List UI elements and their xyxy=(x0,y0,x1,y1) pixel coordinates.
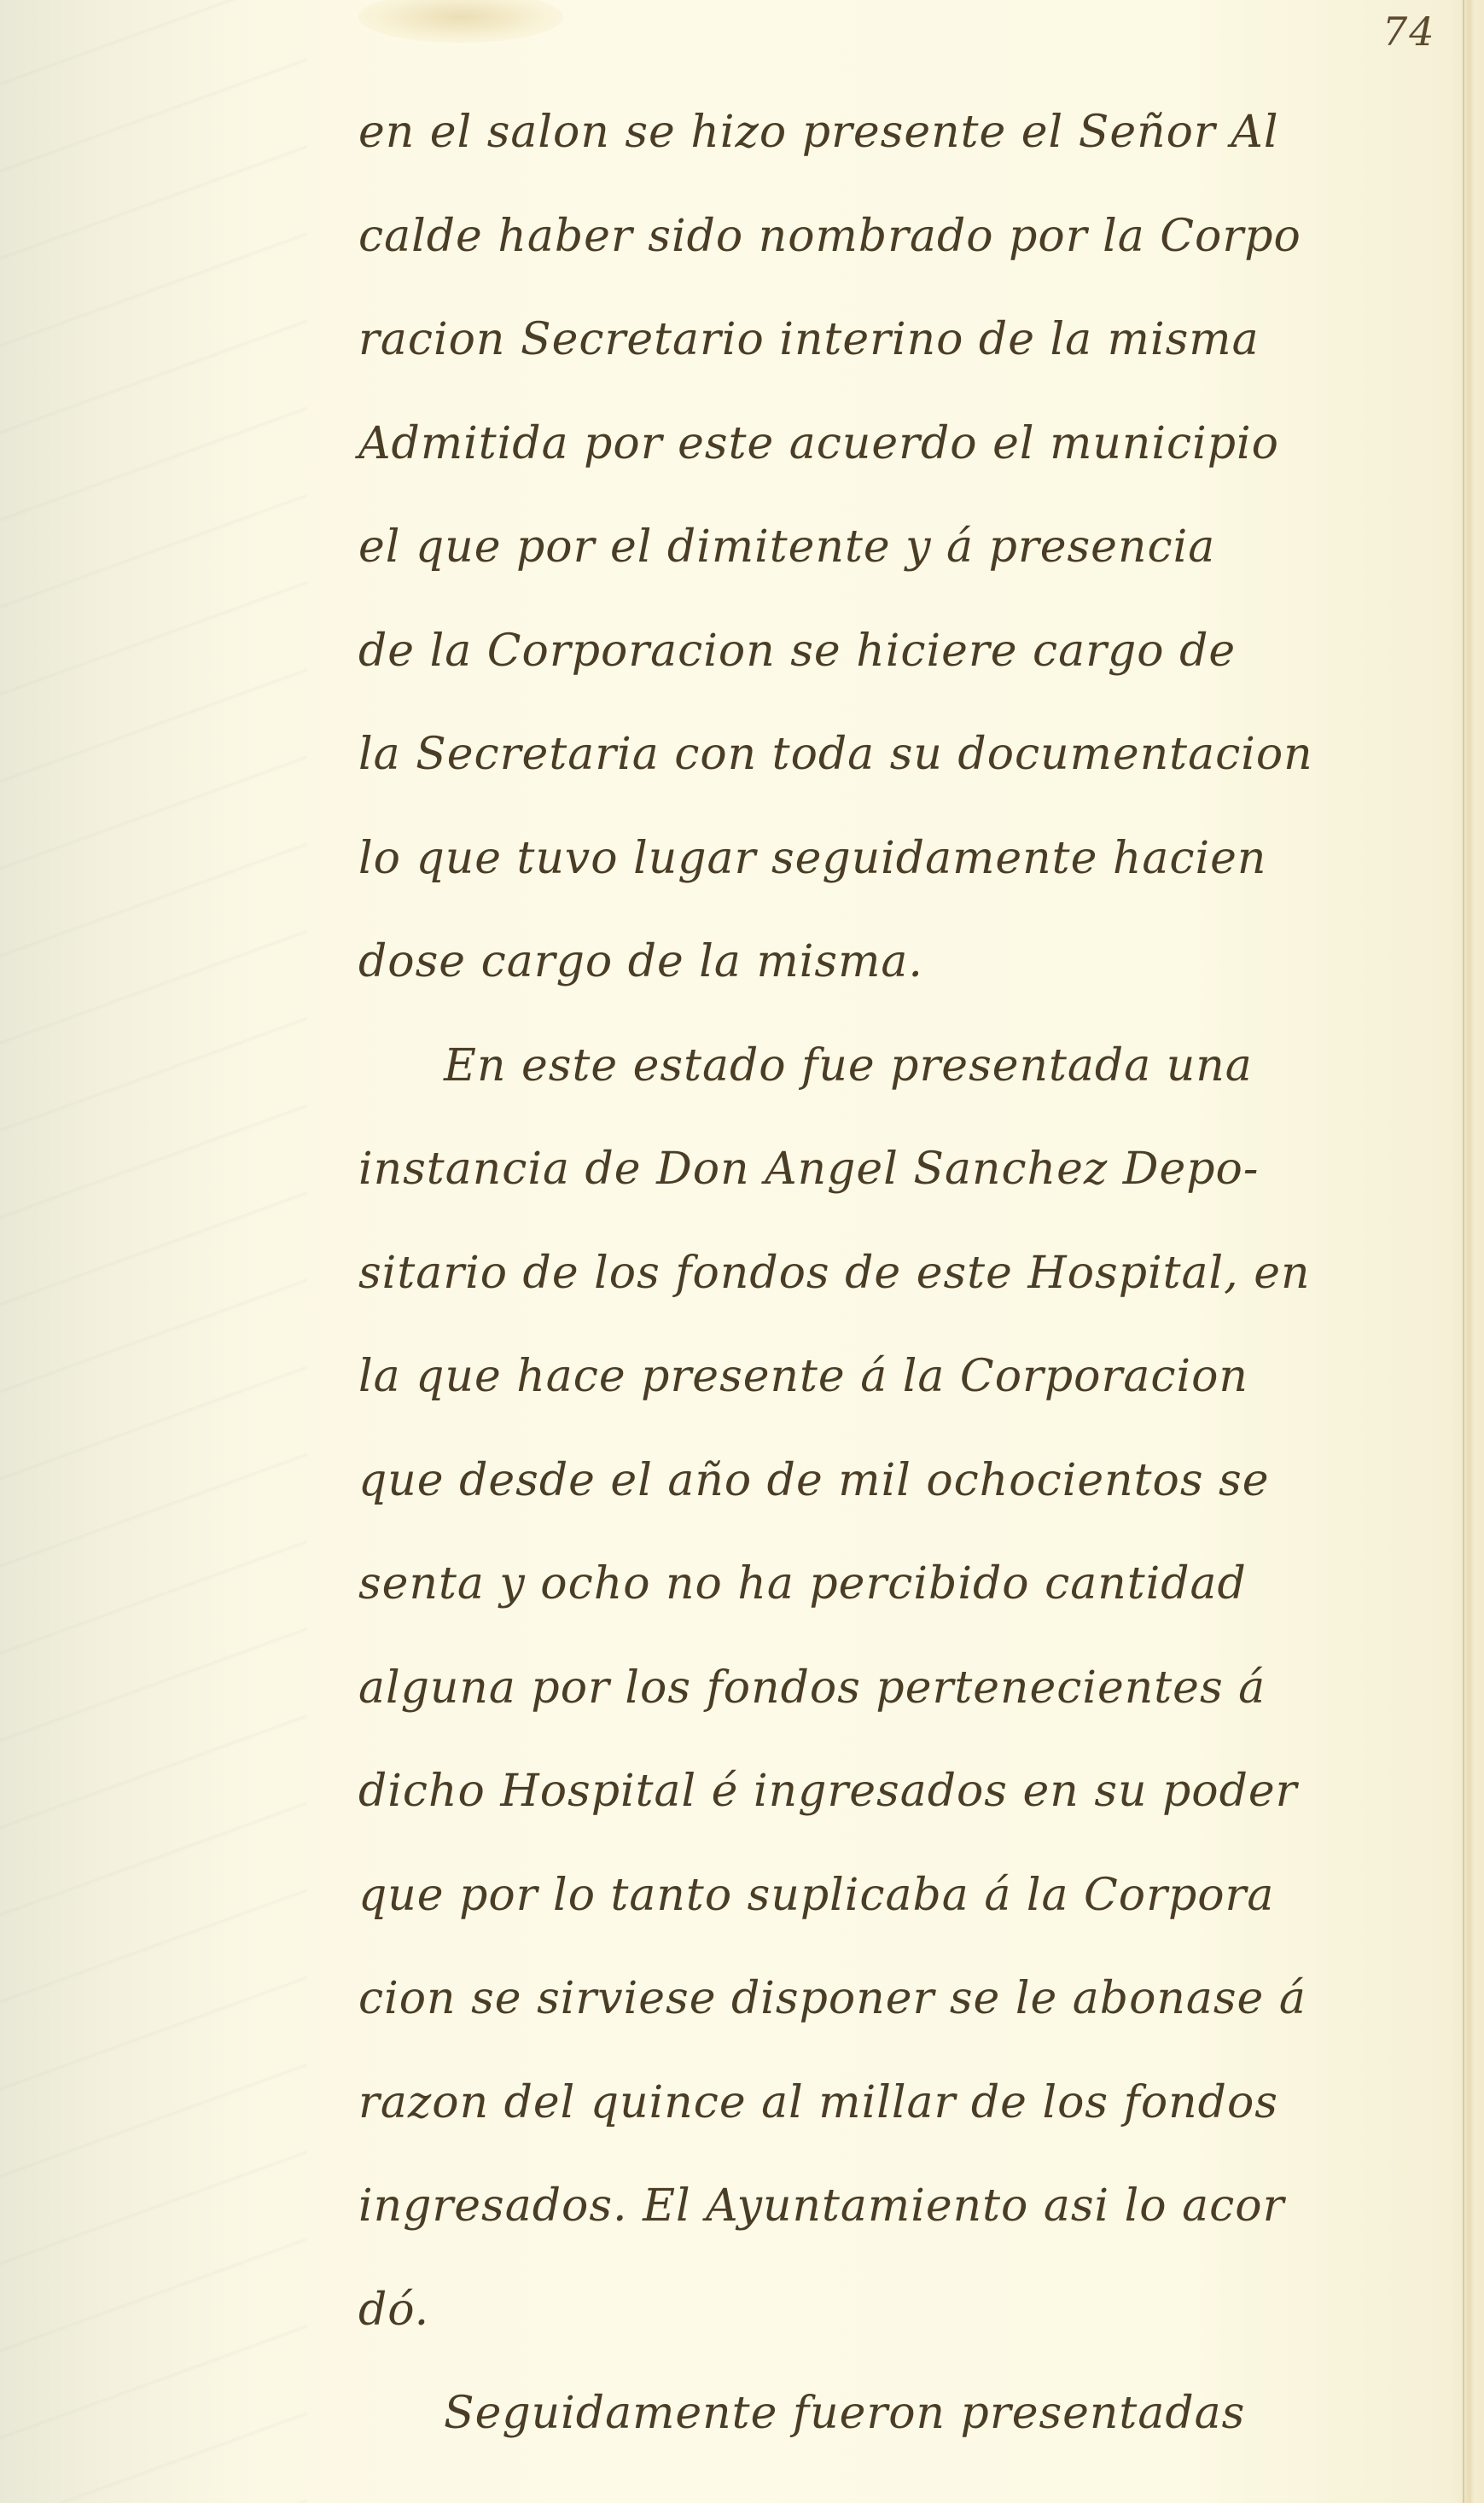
text-line: la que hace presente á la Corporacion xyxy=(358,1347,1459,1406)
text-line: Admitida por este acuerdo el municipio xyxy=(358,414,1459,474)
text-line: En este estado fue presentada una xyxy=(444,1036,1484,1096)
water-stain xyxy=(358,0,563,43)
text-line: en el salon se hizo presente el Señor Al xyxy=(358,102,1459,162)
text-line: cion se sirviese disponer se le abonase … xyxy=(358,1969,1459,2029)
folio-number: 74 xyxy=(1382,9,1436,55)
text-line: Seguidamente fueron presentadas xyxy=(444,2384,1484,2443)
text-line: calde haber sido nombrado por la Corpo xyxy=(358,207,1459,266)
text-line: dicho Hospital é ingresados en su poder xyxy=(358,1761,1459,1821)
text-line: el que por el dimitente y á presencia xyxy=(358,517,1459,577)
text-line: sitario de los fondos de este Hospital, … xyxy=(358,1243,1459,1303)
text-line: que desde el año de mil ochocientos se xyxy=(358,1451,1459,1511)
text-line: lo que tuvo lugar seguidamente hacien xyxy=(358,829,1459,888)
text-line: ingresados. El Ayuntamiento asi lo acor xyxy=(358,2176,1459,2236)
text-line: dose cargo de la misma. xyxy=(358,932,1459,992)
text-line: senta y ocho no ha percibido cantidad xyxy=(358,1554,1459,1614)
text-line: de la Corporacion se hiciere cargo de xyxy=(358,621,1459,681)
text-line: racion Secretario interino de la misma xyxy=(358,310,1459,370)
page-edge xyxy=(1463,0,1484,2503)
text-line: instancia de Don Angel Sanchez Depo- xyxy=(358,1139,1459,1199)
bleed-through-lines xyxy=(0,0,307,2503)
text-line: dó. xyxy=(358,2280,1459,2340)
manuscript-page: 74 en el salon se hizo presente el Señor… xyxy=(0,0,1484,2503)
text-line: la Secretaria con toda su documentacion xyxy=(358,725,1459,784)
text-line: alguna por los fondos pertenecientes á xyxy=(358,1658,1459,1718)
text-line: que por lo tanto suplicaba á la Corpora xyxy=(358,1866,1459,1925)
text-line: razon del quince al millar de los fondos xyxy=(358,2073,1459,2133)
